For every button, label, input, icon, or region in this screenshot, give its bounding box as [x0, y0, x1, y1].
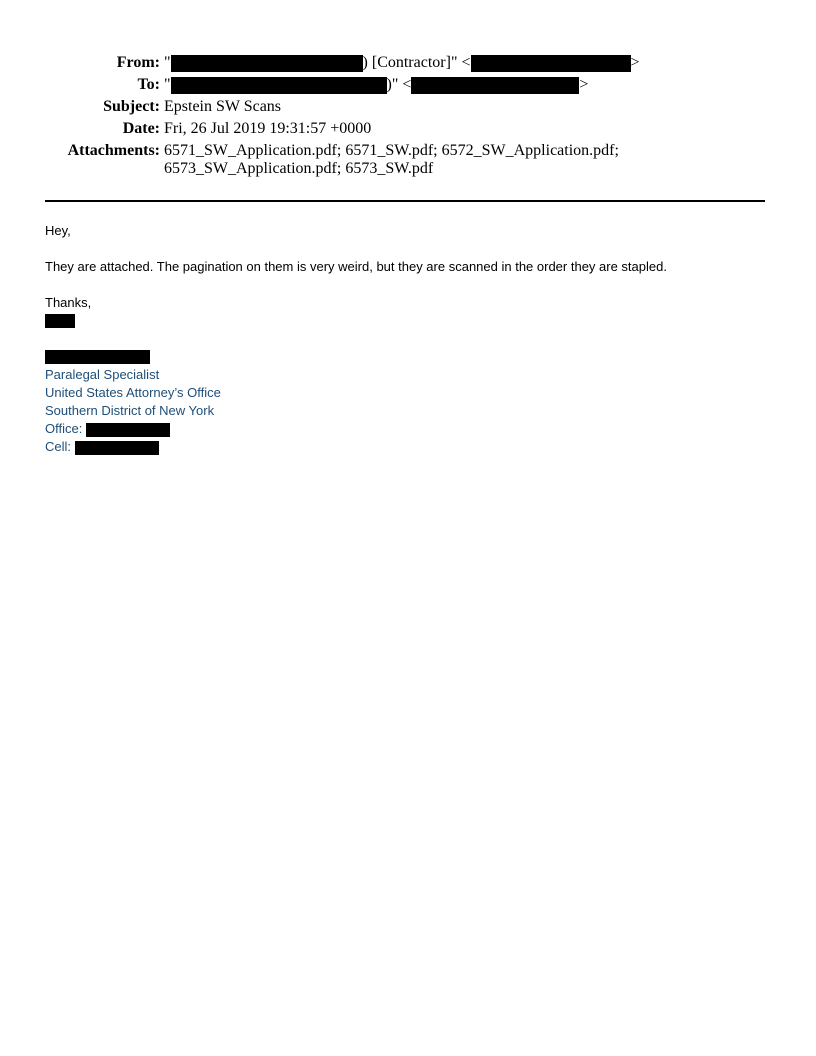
redaction-signature-name — [45, 350, 150, 364]
attachments-row-2: 6573_SW_Application.pdf; 6573_SW.pdf — [0, 159, 816, 179]
from-label: From: — [117, 53, 160, 73]
subject-label: Subject: — [103, 97, 160, 117]
redaction — [471, 55, 631, 72]
office-label: Office: — [45, 421, 82, 436]
date-row: Date: Fri, 26 Jul 2019 19:31:57 +0000 — [0, 119, 816, 139]
attachments-label: Attachments: — [68, 141, 160, 161]
attachments-value-line1: 6571_SW_Application.pdf; 6571_SW.pdf; 65… — [164, 141, 619, 161]
signature-district: Southern District of New York — [45, 402, 214, 420]
date-value: Fri, 26 Jul 2019 19:31:57 +0000 — [164, 119, 371, 139]
attachments-row: Attachments: 6571_SW_Application.pdf; 65… — [0, 141, 816, 161]
closing: Thanks, — [45, 295, 91, 311]
subject-value: Epstein SW Scans — [164, 97, 281, 117]
signature-cell: Cell: — [45, 438, 159, 456]
redaction-cell-phone — [75, 441, 159, 455]
redaction — [411, 77, 579, 94]
redaction-sender-name — [45, 314, 75, 328]
to-row: To: ")" <> — [0, 75, 816, 95]
header-divider — [45, 200, 765, 202]
attachments-value-line2: 6573_SW_Application.pdf; 6573_SW.pdf — [164, 159, 433, 179]
greeting: Hey, — [45, 223, 71, 239]
to-label: To: — [137, 75, 160, 95]
subject-row: Subject: Epstein SW Scans — [0, 97, 816, 117]
signature-org: United States Attorney’s Office — [45, 384, 221, 402]
redaction — [171, 55, 363, 72]
signature-title: Paralegal Specialist — [45, 366, 159, 384]
signature-office: Office: — [45, 420, 170, 438]
redaction — [171, 77, 387, 94]
from-row: From: ") [Contractor]" <> — [0, 53, 816, 73]
message-text: They are attached. The pagination on the… — [45, 259, 667, 275]
date-label: Date: — [123, 119, 160, 139]
redaction-office-phone — [86, 423, 170, 437]
cell-label: Cell: — [45, 439, 71, 454]
